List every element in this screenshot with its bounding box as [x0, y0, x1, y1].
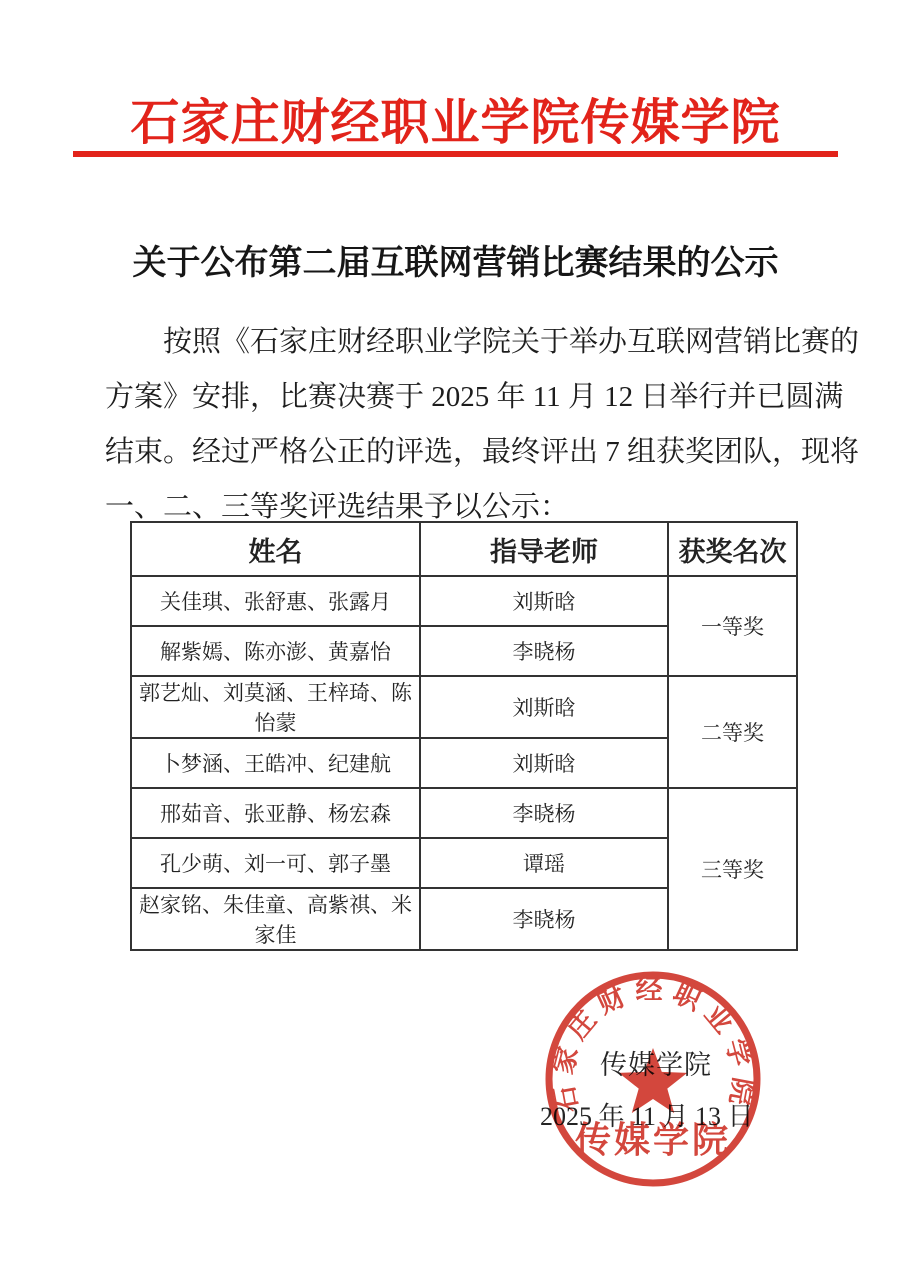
- cell-names: 关佳琪、张舒惠、张露月: [131, 576, 420, 626]
- cell-award-first: 一等奖: [668, 576, 797, 676]
- body-line-2: 方案》安排，比赛决赛于 2025 年 11 月 12 日举行并已圆满: [105, 370, 823, 425]
- letterhead-rule: [73, 151, 838, 157]
- table-row: 郭艺灿、刘莫涵、王梓琦、陈怡蒙 刘斯晗 二等奖: [131, 676, 797, 738]
- cell-teacher: 李晓杨: [420, 788, 668, 838]
- cell-names: 赵家铭、朱佳童、高紫祺、米家佳: [131, 888, 420, 950]
- cell-teacher: 李晓杨: [420, 888, 668, 950]
- cell-names: 郭艺灿、刘莫涵、王梓琦、陈怡蒙: [131, 676, 420, 738]
- table-header-row: 姓名 指导老师 获奖名次: [131, 522, 797, 576]
- cell-award-second: 二等奖: [668, 676, 797, 788]
- cell-teacher: 李晓杨: [420, 626, 668, 676]
- header-teacher: 指导老师: [420, 522, 668, 576]
- official-seal-stamp: 石家庄财经职业学院 传媒学院: [542, 966, 764, 1192]
- results-table: 姓名 指导老师 获奖名次 关佳琪、张舒惠、张露月 刘斯晗 一等奖 解紫嫣、陈亦澎…: [130, 521, 798, 951]
- cell-names: 卜梦涵、王皓冲、纪建航: [131, 738, 420, 788]
- seal-bottom-text: 传媒学院: [575, 1120, 731, 1160]
- cell-teacher: 刘斯晗: [420, 576, 668, 626]
- cell-teacher: 谭瑶: [420, 838, 668, 888]
- notice-body: 按照《石家庄财经职业学院关于举办互联网营销比赛的 方案》安排，比赛决赛于 202…: [105, 315, 823, 535]
- seal-star-icon: [619, 1048, 687, 1113]
- header-award: 获奖名次: [668, 522, 797, 576]
- cell-teacher: 刘斯晗: [420, 738, 668, 788]
- cell-names: 解紫嫣、陈亦澎、黄嘉怡: [131, 626, 420, 676]
- header-names: 姓名: [131, 522, 420, 576]
- cell-award-third: 三等奖: [668, 788, 797, 950]
- document-page: 石家庄财经职业学院传媒学院 关于公布第二届互联网营销比赛结果的公示 按照《石家庄…: [0, 0, 911, 1280]
- table-row: 邢茹音、张亚静、杨宏森 李晓杨 三等奖: [131, 788, 797, 838]
- cell-teacher: 刘斯晗: [420, 676, 668, 738]
- cell-names: 孔少萌、刘一可、郭子墨: [131, 838, 420, 888]
- body-line-1: 按照《石家庄财经职业学院关于举办互联网营销比赛的: [105, 315, 823, 370]
- table-row: 关佳琪、张舒惠、张露月 刘斯晗 一等奖: [131, 576, 797, 626]
- notice-title: 关于公布第二届互联网营销比赛结果的公示: [0, 235, 911, 284]
- cell-names: 邢茹音、张亚静、杨宏森: [131, 788, 420, 838]
- letterhead-title: 石家庄财经职业学院传媒学院: [0, 84, 911, 154]
- body-line-3: 结束。经过严格公正的评选，最终评出 7 组获奖团队，现将: [105, 425, 823, 480]
